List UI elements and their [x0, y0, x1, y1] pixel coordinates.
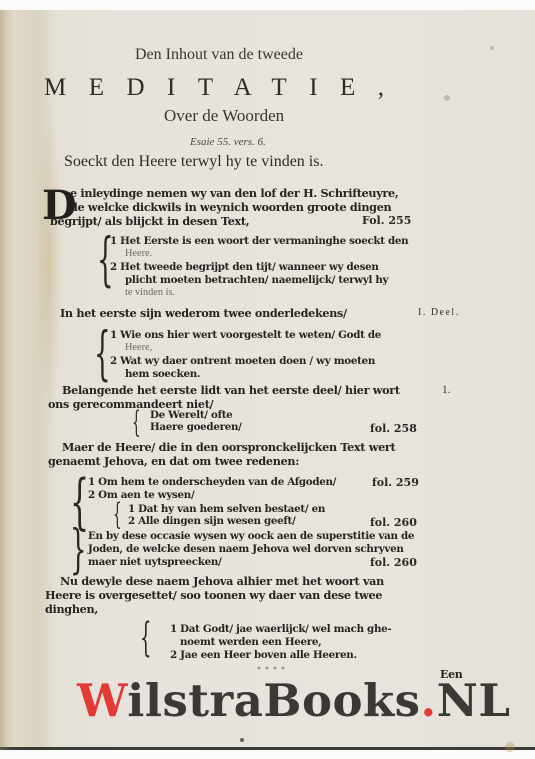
- point-continuation: Heere.: [125, 247, 152, 261]
- scripture-reference: Esaie 55. vers. 6.: [190, 136, 266, 148]
- ornament: * * * *: [257, 665, 286, 674]
- point-number: 2: [110, 261, 117, 273]
- point-text: Wat wy daer ontrent moeten doen / wy moe…: [120, 355, 375, 367]
- section-4-line-1: Nu dewyle dese naem Jehova alhier met he…: [60, 574, 384, 588]
- folio-ref: fol. 259: [372, 476, 419, 490]
- intro-line-1: e inleydinge nemen wy van den lof der H.…: [70, 186, 398, 200]
- heading-line-1: Den Inhout van de tweede: [135, 46, 303, 64]
- point-number: 1: [110, 235, 117, 247]
- folio-ref: fol. 260: [370, 556, 417, 570]
- point-text: Om hem te onderscheyden van de Afgoden/: [98, 476, 336, 488]
- point-number: 2: [88, 489, 95, 501]
- foxing-spot: [505, 742, 515, 752]
- folio-ref: fol. 258: [370, 422, 417, 436]
- point-number: 1: [88, 476, 95, 488]
- point-continuation: plicht moeten betrachten/ naemelijck/ te…: [125, 273, 388, 287]
- section-2-line-1: Belangende het eerste lidt van het eerst…: [62, 383, 400, 397]
- heading-line-3: Over de Woorden: [164, 106, 284, 126]
- point-text: Het Eerste is een woort der vermaninghe …: [120, 235, 408, 247]
- brace: {: [132, 408, 141, 438]
- folio-ref: fol. 260: [370, 516, 417, 530]
- folio-ref: Fol. 255: [362, 214, 411, 228]
- point-number: 2: [170, 649, 177, 661]
- section-2-item-2: Haere goederen/: [150, 420, 242, 434]
- brace: {: [113, 500, 122, 530]
- section-3-closing-1: En by dese occasie wysen wy oock aen de …: [88, 529, 414, 543]
- watermark-middle: ilstraBooks: [127, 674, 420, 727]
- foxing-spot: [490, 46, 494, 50]
- point-number: 2: [128, 515, 135, 527]
- point-text: Wie ons hier wert voorgestelt te weten/ …: [120, 329, 381, 341]
- point-2-2: 2 Wat wy daer ontrent moeten doen / wy m…: [110, 354, 375, 368]
- point-2-1: 1 Wie ons hier wert voorgestelt te weten…: [110, 328, 381, 342]
- point-text: Jae een Heer boven alle Heeren.: [180, 649, 357, 661]
- section-1-text: In het eerste sijn wederom twee onderled…: [60, 306, 347, 320]
- section-4-line-2: Heere is overgesettet/ soo toonen wy dae…: [45, 588, 382, 602]
- book-page: Den Inhout van de tweede MEDITATIE, Over…: [0, 10, 535, 750]
- point-continuation: te vinden is.: [125, 286, 175, 300]
- watermark-first-letter: W: [77, 674, 127, 727]
- intro-line-2: de welcke dickwils in weynich woorden gr…: [70, 200, 391, 214]
- foxing-spot: [240, 738, 244, 742]
- section-4-item-1: 1 Dat Godt/ jae waerlijck/ wel mach ghe-: [170, 622, 391, 636]
- section-3-line-2: genaemt Jehova, en dat om twee redenen:: [48, 454, 299, 468]
- intro-line-3: begrijpt/ als blijckt in desen Text,: [50, 214, 249, 228]
- brace: }: [70, 524, 87, 576]
- point-continuation: Heere,: [125, 341, 152, 355]
- section-3-closing-3: maer niet uytspreecken/: [88, 555, 221, 569]
- watermark-wilstrabooks: WilstraBooks.NL: [77, 674, 510, 727]
- point-text: Dat Godt/ jae waerlijck/ wel mach ghe-: [180, 623, 391, 635]
- marginal-note: I. Deel.: [418, 306, 460, 320]
- section-4-line-3: dinghen,: [45, 602, 98, 616]
- point-number: 1: [170, 623, 177, 635]
- section-3-subitem-2: 2 Alle dingen sijn wesen geeft/: [128, 514, 295, 528]
- foxing-spot: [444, 95, 450, 101]
- section-4-item-2: 2 Jae een Heer boven alle Heeren.: [170, 648, 357, 662]
- section-3-item-1: 1 Om hem te onderscheyden van de Afgoden…: [88, 475, 336, 489]
- point-text: Het tweede begrijpt den tijt/ wanneer wy…: [120, 261, 378, 273]
- point-1-2: 2 Het tweede begrijpt den tijt/ wanneer …: [110, 260, 379, 274]
- marginal-note: 1.: [442, 383, 450, 397]
- point-number: 1: [110, 329, 117, 341]
- section-3-item-2: 2 Om aen te wysen/: [88, 488, 194, 502]
- watermark-end: NL: [437, 674, 511, 727]
- verse-text: Soeckt den Heere terwyl hy te vinden is.: [64, 153, 323, 171]
- point-number: 2: [110, 355, 117, 367]
- brace: {: [94, 324, 111, 382]
- heading-meditatie: MEDITATIE,: [44, 74, 407, 102]
- section-3-closing-2: Joden, de welcke desen naem Jehova wel d…: [88, 542, 404, 556]
- point-continuation: noemt werden een Heere,: [180, 635, 321, 649]
- watermark-dot: .: [421, 674, 437, 727]
- point-continuation: hem soecken.: [125, 367, 200, 381]
- section-3-line-1: Maer de Heere/ die in den oorspronckelij…: [62, 440, 395, 454]
- point-1-1: 1 Het Eerste is een woort der vermaningh…: [110, 234, 408, 248]
- brace: {: [140, 618, 151, 658]
- point-text: Alle dingen sijn wesen geeft/: [138, 515, 295, 527]
